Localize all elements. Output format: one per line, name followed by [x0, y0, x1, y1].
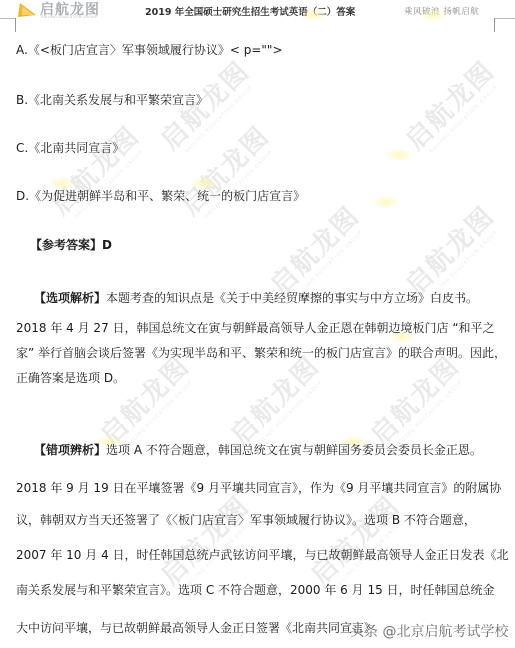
logo: 启航龙图 SAILING EDUCATION GROUP — [18, 0, 113, 22]
analysis-line: 家” 举行首脑会谈后签署《为实现半岛和平、繁荣和统一的板门店宣言》的联合声明。因… — [16, 345, 506, 361]
header-slogan: 乘风破浪 扬帆启航 — [404, 5, 479, 17]
watermark-glow — [372, 195, 400, 209]
analysis-line: 【选项解析】本题考查的知识点是《关于中美经贸摩擦的事实与中方立场》白皮书。 — [34, 290, 478, 306]
distractor-line: 2007 年 10 月 4 日，时任韩国总统卢武铉访问平壤，与已故朝鲜最高领导人… — [16, 547, 509, 563]
option-c: C.《北南共同宣言》 — [16, 140, 124, 156]
distractor-line: 【错项辨析】选项 A 不符合题意，韩国总统文在寅与朝鲜国务委员会委员长金正恩。 — [34, 442, 482, 458]
distractor-line: 南关系发展与和平繁荣宣言》。选项 C 不符合题意，2000 年 6 月 15 日… — [16, 582, 495, 598]
option-d: D.《为促进朝鲜半岛和平、繁荣、统一的板门店宣言》 — [16, 188, 305, 204]
distractor-line: 大中访问平壤，与已故朝鲜最高领导人金正日签署《北南共同宣言》 — [16, 620, 376, 636]
page-corner-mark — [494, 18, 495, 32]
option-b: B.《北南关系发展与和平繁荣宣言》 — [16, 92, 208, 108]
logo-subtext: SAILING EDUCATION GROUP — [41, 15, 97, 19]
answer-value: D — [102, 238, 112, 252]
background-watermark: 启航龙图SAILING EDUCATION GROUP — [396, 52, 506, 162]
option-a: A.《<板门店宣言〉军事领域履行协议》< p=""> — [16, 42, 283, 58]
document-title: 2019 年全国硕士研究生招生考试英语（二）答案 — [145, 4, 355, 18]
analysis-label: 【选项解析】 — [34, 291, 106, 305]
background-watermark: 启航龙图SAILING EDUCATION GROUP — [221, 347, 331, 457]
background-watermark: 启航龙图SAILING EDUCATION GROUP — [41, 117, 151, 227]
background-watermark: 启航龙图SAILING EDUCATION GROUP — [361, 347, 471, 457]
background-watermark: 启航龙图SAILING EDUCATION GROUP — [171, 117, 281, 227]
distractor-line: 2018 年 9 月 19 日在平壤签署《9 月平壤共同宣言》，作为《9 月平壤… — [16, 480, 501, 496]
background-watermark: 启航龙图SAILING EDUCATION GROUP — [301, 487, 411, 597]
reference-answer: 【参考答案】D — [30, 237, 112, 253]
background-watermark: 启航龙图SAILING EDUCATION GROUP — [91, 347, 201, 457]
analysis-line: 2018 年 4 月 27 日，韩国总统文在寅与朝鲜最高领导人金正恩在韩朝边境板… — [16, 320, 495, 336]
answer-label: 【参考答案】 — [30, 238, 102, 252]
page-corner-mark — [494, 18, 515, 19]
analysis-line: 正确答案是选项 D。 — [16, 370, 125, 386]
distractor-label: 【错项辨析】 — [34, 443, 106, 457]
page-corner-mark — [0, 18, 16, 19]
page-corner-mark — [15, 18, 16, 32]
watermark-glow — [385, 148, 413, 162]
source-watermark: 头条 @北京启航考试学校 — [350, 621, 508, 641]
distractor-line: 议，韩朝双方当天还签署了《〈板门店宣言〉军事领域履行协议》。选项 B 不符合题意… — [16, 512, 476, 528]
background-watermark: 启航龙图SAILING EDUCATION GROUP — [151, 487, 261, 597]
sail-logo-icon — [18, 3, 38, 17]
page-header: 启航龙图 SAILING EDUCATION GROUP 2019 年全国硕士研… — [0, 0, 515, 22]
